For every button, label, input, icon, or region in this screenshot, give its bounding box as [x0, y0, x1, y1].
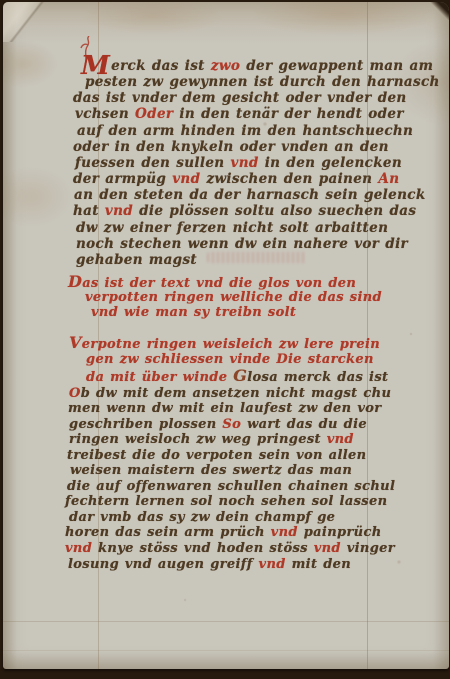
- manuscript-line: dar vmb das sy zw dein champf ge: [69, 510, 397, 526]
- brown-ink-text: men wenn dw mit ein laufest zw den vor: [68, 401, 381, 416]
- brown-ink-text: b dw mit dem ansetzen nicht magst chu: [81, 386, 392, 401]
- brown-ink-text: geschriben plossen: [69, 417, 222, 432]
- red-ink-text: vnd: [172, 171, 200, 187]
- brown-ink-text: dar vmb das sy zw dein champf ge: [69, 510, 335, 525]
- brown-ink-text: fechtern lernen sol noch sehen sol lasse…: [65, 494, 387, 509]
- brown-ink-text: an den steten da der harnasch sein gelen…: [74, 187, 426, 203]
- manuscript-line: auf den arm hinden im den hantschuechn: [77, 123, 397, 139]
- horizontal-crease: [3, 621, 449, 622]
- gloss-forbidden-wrestling: Verpotne ringen weisleich zw lere preing…: [73, 335, 397, 572]
- manuscript-line: horen das sein arm prüch vnd painprüch: [65, 525, 397, 541]
- red-ink-text: as ist der text: [82, 276, 196, 291]
- red-ink-text: gen zw schliessen vinde Die starcken: [86, 352, 374, 367]
- manuscript-line: losung vnd augen greiff vnd mit den: [68, 557, 397, 573]
- brown-ink-text: hat: [73, 203, 105, 219]
- manuscript-line: noch stechen wenn dw ein nahere vor dir: [76, 236, 397, 252]
- manuscript-line: Ob dw mit dem ansetzen nicht magst chu: [69, 386, 397, 402]
- red-ink-text: zwo: [211, 58, 240, 74]
- brown-ink-text: painprüch: [298, 525, 382, 540]
- red-ink-text: An: [378, 171, 399, 187]
- red-ink-text: vnd: [231, 155, 259, 171]
- red-initial: D: [68, 272, 82, 291]
- red-ink-text: vnd: [65, 541, 92, 556]
- manuscript-line: hat vnd die plössen soltu also suechen d…: [73, 203, 397, 219]
- manuscript-line: verpotten ringen welliche die das sind: [85, 291, 397, 305]
- red-ink-text: Oder: [135, 106, 173, 122]
- red-ink-text: vnd wie man sy treibn solt: [91, 305, 296, 320]
- manuscript-line: der armpüg vnd zwischen den painen An: [73, 171, 397, 187]
- brown-ink-text: die auf offenwaren schullen chainen schu…: [67, 479, 395, 494]
- manuscript-line: da mit über winde Glosa merck das ist: [86, 368, 397, 386]
- manuscript-line: an den steten da der harnasch sein gelen…: [74, 187, 397, 203]
- red-ink-text: vnd die glos von den: [196, 276, 356, 291]
- brown-ink-text: in den gelencken: [259, 155, 402, 171]
- red-ink-text: erpotne ringen weisleich zw lere prein: [82, 337, 380, 352]
- manuscript-line: Merck das ist zwo der gewappent man am: [81, 58, 397, 74]
- red-ink-text: vnd: [259, 557, 286, 572]
- manuscript-line: treibest die do verpoten sein von allen: [67, 448, 397, 464]
- horizontal-crease-faint: [3, 650, 449, 651]
- brown-ink-text: vchsen: [75, 106, 135, 122]
- manuscript-line: dw zw einer ferzen nicht solt arbaitten: [76, 220, 397, 236]
- text-block: Merck das ist zwo der gewappent man ampe…: [73, 58, 397, 572]
- brown-ink-text: wart das du die: [241, 417, 367, 432]
- brown-ink-text: in den tenär der hendt oder: [173, 106, 403, 122]
- folded-corner-crease: [3, 2, 55, 42]
- red-ink-text: O: [69, 386, 81, 401]
- red-ink-text: vnd: [314, 541, 341, 556]
- manuscript-page: Merck das ist zwo der gewappent man ampe…: [3, 2, 449, 669]
- manuscript-line: vnd knye stöss vnd hoden stöss vnd vinge…: [65, 541, 397, 557]
- brown-ink-text: pesten zw gewynnen ist durch den harnasc…: [85, 74, 440, 90]
- manuscript-line: fechtern lernen sol noch sehen sol lasse…: [65, 494, 397, 510]
- brown-ink-text: fuessen den sullen: [75, 155, 231, 171]
- brown-ink-text: dw zw einer ferzen nicht solt arbaitten: [76, 220, 388, 236]
- brown-ink-text: losung vnd augen greiff: [68, 557, 259, 572]
- manuscript-line: vchsen Oder in den tenär der hendt oder: [75, 106, 397, 122]
- brown-ink-text: vinger: [341, 541, 395, 556]
- brown-ink-text: das ist vnder dem gesicht oder vnder den: [73, 90, 407, 106]
- manuscript-line: weisen maistern des swertz das man: [70, 463, 397, 479]
- brown-ink-text: auf den arm hinden im den hantschuechn: [77, 123, 413, 139]
- manuscript-line: men wenn dw mit ein laufest zw den vor: [68, 401, 397, 417]
- brown-ink-text: ringen weisloch zw weg pringest: [69, 432, 327, 447]
- red-ink-text: So: [222, 417, 241, 432]
- brown-ink-text: weisen maistern des swertz das man: [70, 463, 352, 478]
- red-initial: V: [69, 333, 82, 352]
- brown-ink-text: knye stöss vnd hoden stöss: [92, 541, 314, 556]
- brown-ink-text: zwischen den painen: [200, 171, 378, 187]
- brown-ink-text: treibest die do verpoten sein von allen: [67, 448, 366, 463]
- brown-ink-text: die plössen soltu also suechen das: [133, 203, 416, 219]
- manuscript-photo: Merck das ist zwo der gewappent man ampe…: [0, 0, 450, 679]
- brown-ink-text: der gewappent man am: [240, 58, 433, 74]
- manuscript-line: Verpotne ringen weisleich zw lere prein: [69, 335, 397, 353]
- red-ink-text: vnd: [327, 432, 354, 447]
- manuscript-line: geschriben plossen So wart das du die: [69, 417, 397, 433]
- paragraph-armored-combat: Merck das ist zwo der gewappent man ampe…: [73, 58, 397, 268]
- red-ink-text: vnd: [271, 525, 298, 540]
- brown-ink-text: der armpüg: [73, 171, 172, 187]
- rubric-forbidden-wrestling: Das ist der text vnd die glos von denver…: [73, 275, 397, 320]
- manuscript-line: fuessen den sullen vnd in den gelencken: [75, 155, 397, 171]
- glosa-initial: G: [233, 366, 247, 385]
- brown-ink-text: horen das sein arm prüch: [65, 525, 271, 540]
- brown-ink-text: noch stechen wenn dw ein nahere vor dir: [76, 236, 408, 252]
- manuscript-line: gehaben magst: [76, 252, 397, 268]
- red-ink-text: da mit über winde: [86, 370, 233, 385]
- manuscript-line: das ist vnder dem gesicht oder vnder den: [73, 90, 397, 106]
- manuscript-line: Das ist der text vnd die glos von den: [68, 275, 397, 291]
- manuscript-line: pesten zw gewynnen ist durch den harnasc…: [85, 74, 397, 90]
- manuscript-line: oder in den knykeln oder vnden an den: [73, 139, 397, 155]
- manuscript-line: vnd wie man sy treibn solt: [91, 306, 397, 320]
- manuscript-line: die auf offenwaren schullen chainen schu…: [67, 479, 397, 495]
- brown-ink-text: mit den: [286, 557, 351, 572]
- red-ink-text: verpotten ringen welliche die das sind: [85, 290, 382, 305]
- brown-ink-text: oder in den knykeln oder vnden an den: [73, 139, 389, 155]
- page-corner-shadow: [427, 2, 449, 20]
- red-ink-text: vnd: [105, 203, 133, 219]
- brown-ink-text: gehaben magst: [76, 252, 197, 268]
- manuscript-line: ringen weisloch zw weg pringest vnd: [69, 432, 397, 448]
- brown-ink-text: losa merck das ist: [247, 370, 388, 385]
- brown-ink-text: erck das ist: [111, 58, 211, 74]
